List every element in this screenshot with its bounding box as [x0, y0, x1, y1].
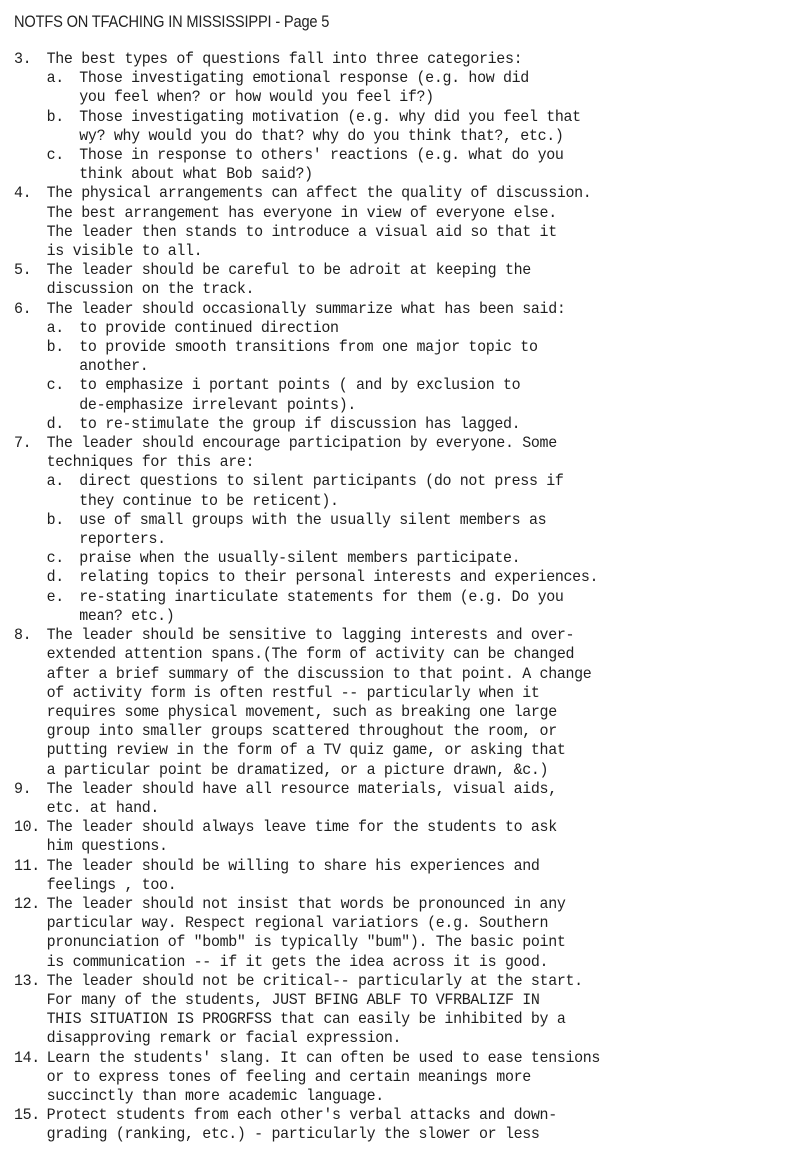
item-text-line: The leader should be careful to be adroi…: [47, 261, 763, 280]
item-text-line: The leader should encourage participatio…: [47, 434, 763, 453]
sub-item-text-line: to provide smooth transitions from one m…: [79, 338, 763, 357]
numbered-item: 4.The physical arrangements can affect t…: [14, 184, 763, 261]
document-title: NOTFS ON TFACHING IN MISSISSIPPI: [14, 12, 271, 31]
item-text-line: succinctly than more academic language.: [47, 1087, 763, 1106]
sub-item-text-line: you feel when? or how would you feel if?…: [79, 88, 763, 107]
item-text-line: feelings , too.: [47, 876, 763, 895]
item-number: 6.: [14, 300, 31, 319]
sub-item-letter: e.: [47, 588, 64, 607]
sub-item-list: a.Those investigating emotional response…: [47, 69, 763, 184]
sub-item-text-line: mean? etc.): [79, 607, 763, 626]
item-text-line: THIS SITUATION IS PROGRFSS that can easi…: [47, 1010, 763, 1029]
item-text-line: techniques for this are:: [47, 453, 763, 472]
item-text-line: The leader should occasionally summarize…: [47, 300, 763, 319]
item-number: 14.: [14, 1049, 40, 1068]
sub-item-letter: d.: [47, 415, 64, 434]
sub-item-letter: b.: [47, 108, 64, 127]
item-number: 12.: [14, 895, 40, 914]
sub-item: a.direct questions to silent participant…: [47, 472, 763, 510]
sub-item-text-line: to emphasize i portant points ( and by e…: [79, 376, 763, 395]
page-header: NOTFS ON TFACHING IN MISSISSIPPI - Page …: [14, 12, 329, 32]
item-text-line: of activity form is often restful -- par…: [47, 684, 763, 703]
item-text-line: The leader should have all resource mate…: [47, 780, 763, 799]
item-text-line: Learn the students' slang. It can often …: [47, 1049, 763, 1068]
numbered-item: 10.The leader should always leave time f…: [14, 818, 763, 856]
item-text-line: or to express tones of feeling and certa…: [47, 1068, 763, 1087]
sub-item-text-line: praise when the usually-silent members p…: [79, 549, 763, 568]
sub-item: b.use of small groups with the usually s…: [47, 511, 763, 549]
sub-item-letter: c.: [47, 549, 64, 568]
item-text-line: The leader should not insist that words …: [47, 895, 763, 914]
numbered-item: 11.The leader should be willing to share…: [14, 857, 763, 895]
item-number: 7.: [14, 434, 31, 453]
sub-item: b.to provide smooth transitions from one…: [47, 338, 763, 376]
sub-item-letter: a.: [47, 319, 64, 338]
numbered-item: 5.The leader should be careful to be adr…: [14, 261, 763, 299]
sub-item-letter: c.: [47, 146, 64, 165]
item-text-line: The leader should always leave time for …: [47, 818, 763, 837]
sub-item-letter: b.: [47, 338, 64, 357]
numbered-item: 9.The leader should have all resource ma…: [14, 780, 763, 818]
item-text-line: The leader should be willing to share hi…: [47, 857, 763, 876]
sub-item-text-line: direct questions to silent participants …: [79, 472, 763, 491]
item-text-line: The leader should not be critical-- part…: [47, 972, 763, 991]
numbered-item: 7.The leader should encourage participat…: [14, 434, 763, 626]
numbered-item: 6.The leader should occasionally summari…: [14, 300, 763, 434]
item-text-line: pronunciation of "bomb" is typically "bu…: [47, 933, 763, 952]
sub-item: c.to emphasize i portant points ( and by…: [47, 376, 763, 414]
item-text-line: him questions.: [47, 837, 763, 856]
numbered-item: 13.The leader should not be critical-- p…: [14, 972, 763, 1049]
item-text-line: particular way. Respect regional variati…: [47, 914, 763, 933]
item-text-line: putting review in the form of a TV quiz …: [47, 741, 763, 760]
numbered-item: 12.The leader should not insist that wor…: [14, 895, 763, 972]
item-text-line: The best arrangement has everyone in vie…: [47, 204, 763, 223]
item-number: 11.: [14, 857, 40, 876]
item-text-line: is communication -- if it gets the idea …: [47, 953, 763, 972]
header-separator: -: [275, 12, 280, 31]
numbered-item: 15.Protect students from each other's ve…: [14, 1106, 763, 1144]
sub-item-text-line: Those investigating emotional response (…: [79, 69, 763, 88]
item-number: 15.: [14, 1106, 40, 1125]
sub-item: c.praise when the usually-silent members…: [47, 549, 763, 568]
item-text-line: a particular point be dramatized, or a p…: [47, 761, 763, 780]
sub-item: b.Those investigating motivation (e.g. w…: [47, 108, 763, 146]
numbered-item: 14.Learn the students' slang. It can oft…: [14, 1049, 763, 1107]
sub-item-text-line: think about what Bob said?): [79, 165, 763, 184]
page-number: Page 5: [284, 12, 329, 31]
item-text-line: etc. at hand.: [47, 799, 763, 818]
numbered-item: 8.The leader should be sensitive to lagg…: [14, 626, 763, 780]
item-text-line: group into smaller groups scattered thro…: [47, 722, 763, 741]
sub-item-text-line: to re-stimulate the group if discussion …: [79, 415, 763, 434]
item-text-line: The physical arrangements can affect the…: [47, 184, 763, 203]
sub-item: a.Those investigating emotional response…: [47, 69, 763, 107]
sub-item-list: a.direct questions to silent participant…: [47, 472, 763, 626]
sub-item-letter: c.: [47, 376, 64, 395]
item-text-line: The leader then stands to introduce a vi…: [47, 223, 763, 242]
sub-item-text-line: use of small groups with the usually sil…: [79, 511, 763, 530]
sub-item-text-line: de-emphasize irrelevant points).: [79, 396, 763, 415]
sub-item-text-line: to provide continued direction: [79, 319, 763, 338]
item-text-line: For many of the students, JUST BFING ABL…: [47, 991, 763, 1010]
item-number: 4.: [14, 184, 31, 203]
item-number: 3.: [14, 50, 31, 69]
document-body: 3.The best types of questions fall into …: [14, 50, 763, 1145]
sub-item-text-line: another.: [79, 357, 763, 376]
item-text-line: extended attention spans.(The form of ac…: [47, 645, 763, 664]
sub-item: d.relating topics to their personal inte…: [47, 568, 763, 587]
item-number: 9.: [14, 780, 31, 799]
sub-item-letter: d.: [47, 568, 64, 587]
document-page: NOTFS ON TFACHING IN MISSISSIPPI - Page …: [0, 0, 794, 1154]
sub-item-letter: a.: [47, 472, 64, 491]
sub-item-text-line: Those in response to others' reactions (…: [79, 146, 763, 165]
numbered-item: 3.The best types of questions fall into …: [14, 50, 763, 184]
sub-item-list: a.to provide continued directionb.to pro…: [47, 319, 763, 434]
sub-item-text-line: reporters.: [79, 530, 763, 549]
sub-item: e.re-stating inarticulate statements for…: [47, 588, 763, 626]
sub-item-text-line: wy? why would you do that? why do you th…: [79, 127, 763, 146]
item-number: 8.: [14, 626, 31, 645]
sub-item-letter: b.: [47, 511, 64, 530]
item-text-line: grading (ranking, etc.) - particularly t…: [47, 1125, 763, 1144]
sub-item-text-line: Those investigating motivation (e.g. why…: [79, 108, 763, 127]
item-text-line: is visible to all.: [47, 242, 763, 261]
sub-item-text-line: re-stating inarticulate statements for t…: [79, 588, 763, 607]
sub-item: c.Those in response to others' reactions…: [47, 146, 763, 184]
item-text-line: requires some physical movement, such as…: [47, 703, 763, 722]
sub-item-text-line: relating topics to their personal intere…: [79, 568, 763, 587]
item-text-line: discussion on the track.: [47, 280, 763, 299]
item-text-line: Protect students from each other's verba…: [47, 1106, 763, 1125]
item-text-line: The leader should be sensitive to laggin…: [47, 626, 763, 645]
sub-item-letter: a.: [47, 69, 64, 88]
sub-item: d.to re-stimulate the group if discussio…: [47, 415, 763, 434]
item-text-line: disapproving remark or facial expression…: [47, 1029, 763, 1048]
item-number: 5.: [14, 261, 31, 280]
item-text-line: after a brief summary of the discussion …: [47, 665, 763, 684]
sub-item-text-line: they continue to be reticent).: [79, 492, 763, 511]
item-text-line: The best types of questions fall into th…: [47, 50, 763, 69]
item-number: 13.: [14, 972, 40, 991]
item-number: 10.: [14, 818, 40, 837]
sub-item: a.to provide continued direction: [47, 319, 763, 338]
